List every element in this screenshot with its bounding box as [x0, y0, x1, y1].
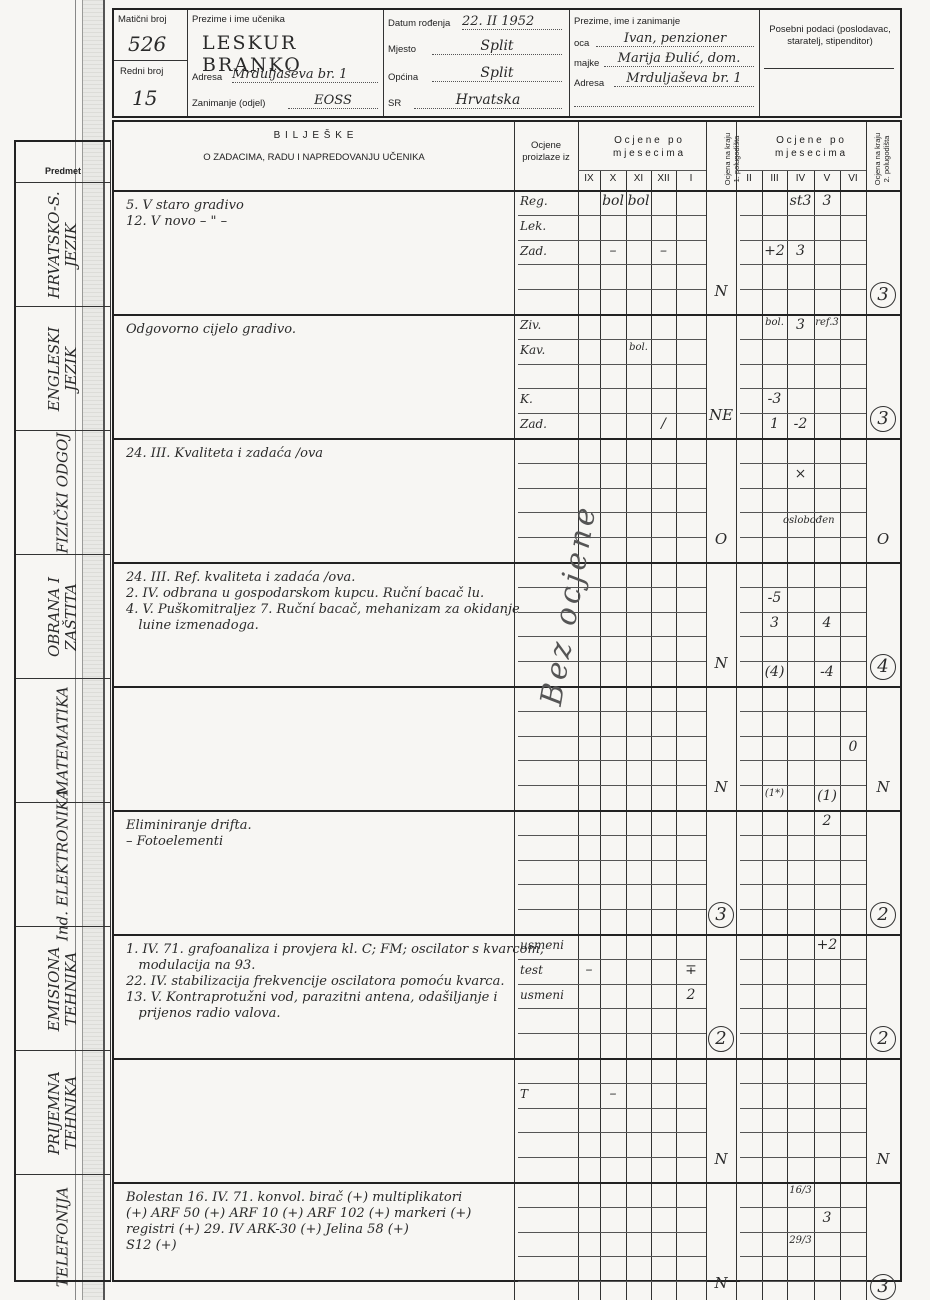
redni-broj: 15: [132, 86, 157, 110]
grade-mark: -3: [758, 391, 791, 407]
grade-source: Ziv.: [520, 318, 576, 332]
grade-source: Reg.: [520, 194, 576, 208]
grid-line: [518, 1232, 706, 1233]
maticni-broj: 526: [128, 32, 166, 56]
grid-line: [518, 1281, 706, 1282]
grid-line: [518, 339, 706, 340]
subject-name: OBRANA I ZAŠTITA: [46, 576, 80, 656]
posebni-label: Posebni podaci (poslodavac, staratelj, s…: [766, 24, 894, 48]
grade-mark: 3: [783, 243, 818, 259]
grid-line: [518, 1008, 706, 1009]
grid-line: [740, 587, 866, 588]
subject-cell: HRVATSKO-S. JEZIK: [16, 182, 110, 306]
grid-line: [740, 1232, 866, 1233]
grid-line: [518, 835, 706, 836]
maticni-broj-label: Matični broj: [118, 14, 167, 25]
month-header-XII: XII: [651, 173, 676, 184]
grid-line: [518, 587, 706, 588]
datum-rodenja: 22. II 1952: [462, 14, 562, 30]
grid-line: [518, 1256, 706, 1257]
grid-line: [114, 934, 900, 936]
month-header-XI: XI: [626, 173, 651, 184]
grade-mark: bol.: [622, 342, 655, 353]
grade-mark: ×: [783, 466, 818, 482]
semester-2-final-grade: N: [868, 1150, 898, 1168]
grid-line: [518, 264, 706, 265]
oca: Ivan, penzioner: [596, 31, 754, 47]
subject-name: Ind. ELEKTRONIKA: [55, 789, 72, 941]
grid-line: [518, 909, 706, 910]
month-header-X: X: [600, 173, 626, 184]
month-header-VI: VI: [840, 173, 866, 184]
adresa-label: Adresa: [192, 72, 222, 83]
semester-2-final-grade: 3: [870, 282, 896, 308]
semester-2-final-grade: 3: [870, 406, 896, 432]
grid-line: [518, 1207, 706, 1208]
grid-line: [114, 810, 900, 812]
grade-source: Lek.: [520, 219, 576, 233]
adresa: Mrduljaševa br. 1: [232, 67, 378, 83]
grid-line: [518, 959, 706, 960]
semester-1-final-grade: N: [706, 1150, 736, 1168]
semester-1-final-grade: N: [706, 654, 736, 672]
grid-line: [740, 1083, 866, 1084]
birth-cell: Datum rođenja 22. II 1952 Mjesto Split O…: [384, 10, 570, 116]
semester-1-final-grade: N: [706, 778, 736, 796]
grid-line: [740, 835, 866, 836]
opcina-label: Općina: [388, 72, 418, 83]
grade-mark: (1*): [758, 788, 791, 799]
grid-line: [518, 860, 706, 861]
subject-name: MATEMATIKA: [55, 686, 72, 795]
grade-mark: ∓: [672, 962, 710, 978]
subject-notes: 24. III. Ref. kvaliteta i zadaća /ova. 2…: [126, 570, 520, 634]
subject-name: EMISIONA TEHNIKA: [46, 946, 80, 1031]
grid-line: [740, 1008, 866, 1009]
grid-line: [740, 388, 866, 389]
subject-name: ENGLESKI JEZIK: [46, 326, 80, 410]
opcina: Split: [432, 65, 562, 82]
grid-line: [518, 289, 706, 290]
grid-line: [740, 760, 866, 761]
semester-2-final-grade: 2: [870, 902, 896, 928]
parents-cell: Prezime, ime i zanimanje oca Ivan, penzi…: [570, 10, 760, 116]
subject-notes: Odgovorno cijelo gradivo.: [126, 322, 296, 338]
month-header-IV: IV: [787, 173, 814, 184]
grade-source: Zad.: [520, 244, 576, 258]
subject-cell: OBRANA I ZAŠTITA: [16, 554, 110, 678]
semester-1-final-grade: NE: [706, 406, 736, 424]
sr-label: SR: [388, 98, 401, 109]
grid-line: [740, 488, 866, 489]
semester-2-final-grade: O: [868, 530, 898, 548]
subject-name: HRVATSKO-S. JEZIK: [46, 191, 80, 298]
majke: Marija Đulić, dom.: [604, 51, 754, 67]
grid-line: [740, 984, 866, 985]
semester-1-final-grade: 3: [708, 902, 734, 928]
grade-source: K.: [520, 392, 576, 406]
grid-line: [518, 1157, 706, 1158]
grid-line: [518, 488, 706, 489]
grid-line: [740, 264, 866, 265]
grade-mark: -2: [783, 416, 818, 432]
semester-1-final-grade: O: [706, 530, 736, 548]
grid-line: [518, 537, 706, 538]
side-note: Bez ocjene: [534, 501, 604, 708]
grade-mark: 29/3: [783, 1235, 818, 1246]
grid-line: [740, 1207, 866, 1208]
grid-line: [740, 240, 866, 241]
month-header-I: I: [676, 173, 706, 184]
subject-cell: PRIJEMNA TEHNIKA: [16, 1050, 110, 1174]
month-header-V: V: [814, 173, 840, 184]
month-header-II: II: [736, 173, 762, 184]
grid-line: [736, 170, 866, 171]
grid-line: [740, 612, 866, 613]
grid-line: [518, 612, 706, 613]
datum-label: Datum rođenja: [388, 18, 450, 29]
grid-line: [740, 636, 866, 637]
grid-line: [740, 1157, 866, 1158]
grade-mark: /: [647, 416, 680, 432]
grid-line: [740, 1281, 866, 1282]
id-cell: Matični broj 526 Redni broj 15: [114, 10, 188, 116]
grid-line: [740, 1256, 866, 1257]
grade-mark: 3: [758, 615, 791, 631]
grid-line: [740, 339, 866, 340]
kraj-1-header: Ocjena na kraju 1. polugodišta: [723, 119, 741, 199]
grade-mark: 2: [810, 813, 844, 829]
kraj-2-header: Ocjena na kraju 2. polugodišta: [873, 119, 891, 199]
grid-line: [518, 1033, 706, 1034]
oca-label: oca: [574, 38, 589, 49]
grid-line: [740, 463, 866, 464]
grid-line: [518, 413, 706, 414]
subject-notes: 1. IV. 71. grafoanaliza i provjera kl. C…: [126, 942, 544, 1022]
grid-line: [518, 512, 706, 513]
proizlaze-header: Ocjene proizlaze iz: [514, 140, 578, 164]
grid-line: [740, 884, 866, 885]
grid-line: [740, 1033, 866, 1034]
grid-line: [740, 364, 866, 365]
grid-line: [740, 736, 866, 737]
grade-mark: (4): [758, 664, 791, 680]
semester-2-final-grade: 2: [870, 1026, 896, 1052]
grades-table: B I L J E Š K E O ZADACIMA, RADU I NAPRE…: [112, 120, 902, 1282]
grade-mark: 16/3: [783, 1185, 818, 1196]
grade-mark: 3: [810, 193, 844, 209]
prezime-label: Prezime i ime učenika: [192, 14, 285, 25]
grid-line: [740, 289, 866, 290]
grid-line: [740, 785, 866, 786]
subject-column: Predmet HRVATSKO-S. JEZIKENGLESKI JEZIKF…: [14, 140, 111, 1282]
grid-line: [518, 463, 706, 464]
grid-line: [114, 190, 900, 192]
predmet-label: Predmet: [16, 166, 110, 176]
grade-mark: –: [647, 243, 680, 259]
month-header-III: III: [762, 173, 787, 184]
grade-source: test: [520, 963, 576, 977]
grid-line: [740, 909, 866, 910]
grid-line: [518, 215, 706, 216]
grade-source: usmeni: [520, 938, 576, 952]
grid-line: [740, 1108, 866, 1109]
grade-mark: –: [574, 962, 604, 978]
subject-name: FIZIČKI ODGOJ: [55, 432, 72, 553]
ocjene-po-mjesecima-2: O c j e n e p o m j e s e c i m a: [746, 134, 874, 160]
grade-mark: ref.3: [810, 317, 844, 328]
grade-mark: bol: [622, 193, 655, 209]
grade-mark: -5: [758, 590, 791, 606]
grid-line: [740, 215, 866, 216]
ocjene-po-mjesecima-1: O c j e n e p o m j e s e c i m a: [578, 134, 718, 160]
biljeske-title: B I L J E Š K E: [114, 130, 514, 141]
student-header: Matični broj 526 Redni broj 15 Prezime i…: [112, 8, 902, 118]
semester-1-final-grade: N: [706, 1274, 736, 1292]
grid-line: [114, 438, 900, 440]
sr: Hrvatska: [414, 92, 562, 109]
subject-notes: 24. III. Kvaliteta i zadaća /ova: [126, 446, 323, 462]
grid-line: [518, 736, 706, 737]
grid-line: [740, 512, 866, 513]
grid-line: [740, 1132, 866, 1133]
subject-notes: Eliminiranje drifta. – Fotoelementi: [126, 818, 252, 850]
grid-line: [518, 388, 706, 389]
grid-line: [518, 785, 706, 786]
grid-line: [518, 1108, 706, 1109]
semester-1-final-grade: N: [706, 282, 736, 300]
subject-cell: TELEFONIJA: [16, 1174, 110, 1298]
grid-line: [518, 1083, 706, 1084]
grid-line: [114, 562, 900, 564]
roditelji-label: Prezime, ime i zanimanje: [574, 16, 680, 27]
month-header-IX: IX: [578, 173, 600, 184]
grid-line: [114, 686, 900, 688]
grade-mark: +2: [810, 937, 844, 953]
grade-mark: (1): [810, 788, 844, 804]
adresa2: Mrduljaševa br. 1: [614, 71, 754, 87]
grid-line: [578, 170, 706, 171]
grid-line: [518, 364, 706, 365]
majke-label: majke: [574, 58, 599, 69]
subject-cell: MATEMATIKA: [16, 678, 110, 802]
mjesto-label: Mjesto: [388, 44, 416, 55]
grid-line: [740, 413, 866, 414]
grade-mark: –: [596, 243, 630, 259]
subject-name: TELEFONIJA: [55, 1186, 72, 1286]
grid-line: [740, 661, 866, 662]
grid-line: [740, 959, 866, 960]
grid-line: [114, 1182, 900, 1184]
subject-notes: Bolestan 16. IV. 71. konvol. birač (+) m…: [126, 1190, 471, 1254]
grade-mark: 3: [810, 1210, 844, 1226]
grid-line: [518, 711, 706, 712]
grade-source: usmeni: [520, 988, 576, 1002]
grid-line: [866, 122, 867, 1300]
adresa2-label: Adresa: [574, 78, 604, 89]
grid-line: [740, 860, 866, 861]
biljeske-subtitle: O ZADACIMA, RADU I NAPREDOVANJU UČENIKA: [114, 152, 514, 163]
grid-line: [114, 314, 900, 316]
grid-line: [518, 240, 706, 241]
subject-cell: ENGLESKI JEZIK: [16, 306, 110, 430]
grid-line: [518, 760, 706, 761]
grade-source: T: [520, 1087, 576, 1101]
grade-source: Zad.: [520, 417, 576, 431]
semester-1-final-grade: 2: [708, 1026, 734, 1052]
grade-mark: 2: [672, 987, 710, 1003]
subject-cell: FIZIČKI ODGOJ: [16, 430, 110, 554]
grade-mark: -4: [810, 664, 844, 680]
subject-name: PRIJEMNA TEHNIKA: [46, 1071, 80, 1155]
semester-2-final-grade: N: [868, 778, 898, 796]
subject-notes: 5. V staro gradivo 12. V novo – " –: [126, 198, 244, 230]
semester-2-final-grade: 4: [870, 654, 896, 680]
subject-cell: Ind. ELEKTRONIKA: [16, 802, 110, 926]
grid-line: [736, 122, 737, 1300]
grid-line: [518, 984, 706, 985]
grid-line: [740, 711, 866, 712]
special-cell: Posebni podaci (poslodavac, staratelj, s…: [760, 10, 900, 116]
name-cell: Prezime i ime učenika LESKUR BRANKO Adre…: [188, 10, 384, 116]
semester-2-final-grade: 3: [870, 1274, 896, 1300]
grid-line: [518, 884, 706, 885]
grade-source: Kav.: [520, 343, 576, 357]
mjesto: Split: [432, 38, 562, 55]
grade-mark: –: [596, 1086, 630, 1102]
zanimanje: EOSS: [288, 93, 378, 109]
grid-line: [518, 1132, 706, 1133]
grid-line: [114, 1058, 900, 1060]
redni-broj-label: Redni broj: [120, 66, 163, 77]
zanimanje-label: Zanimanje (odjel): [192, 98, 265, 109]
grid-line: [514, 122, 515, 1300]
subject-cell: EMISIONA TEHNIKA: [16, 926, 110, 1050]
grade-mark: 4: [810, 615, 844, 631]
grade-mark: oslobođen: [783, 515, 818, 526]
grade-mark: 0: [836, 739, 870, 755]
grid-line: [740, 537, 866, 538]
